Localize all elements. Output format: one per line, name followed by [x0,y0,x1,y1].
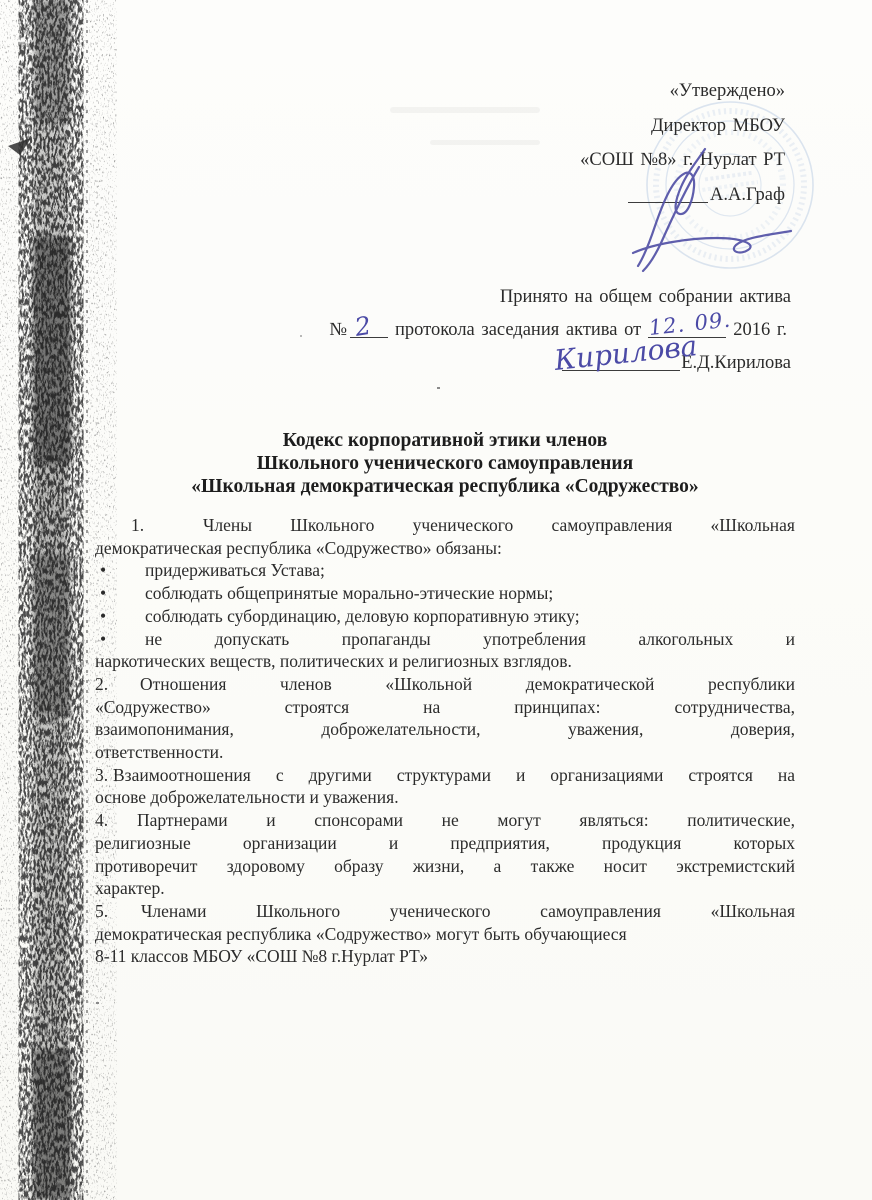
paragraph-line: «Содружество» строятся на принципах: сот… [95,696,795,719]
adoption-year: 2016 г. [733,320,787,340]
paragraph-line: противоречит здоровому образу жизни, а т… [95,855,795,878]
paragraph-line: наркотических веществ, политических и ре… [95,650,795,673]
protocol-number-blank: 2 [350,336,388,338]
bullet-marker: • [95,559,145,582]
paragraph-line: демократическая республика «Содружество»… [95,923,795,946]
paragraph-line: •не допускать пропаганды употребления ал… [95,628,795,651]
paragraph-2: 2.Отношения членов «Школьной демократиче… [95,673,795,764]
approval-signature-row: А.А.Граф [580,178,785,213]
director-name: А.А.Граф [710,185,785,205]
paragraph-number: 3. [95,764,113,787]
paragraph-line: 2.Отношения членов «Школьной демократиче… [95,673,795,696]
bullet-marker: • [95,628,145,651]
paragraph-number: 5. [95,900,141,923]
adoption-block: Принято на общем собрании актива №2прото… [329,281,791,380]
adoption-signature-row: КириловаЕ.Д.Кирилова [329,347,791,380]
paragraph-text: придерживаться Устава; [145,560,325,580]
handwritten-protocol-number: 2 [353,313,373,340]
paragraph-line: основе доброжелательности и уважения. [95,786,795,809]
paragraph-line: •соблюдать субординацию, деловую корпора… [95,605,795,628]
paragraph-number: 2. [95,673,140,696]
bullet-marker: • [95,605,145,628]
title-line-1: Кодекс корпоративной этики членов [95,429,795,452]
paragraph-3: 3.Взаимоотношения с другими структурами … [95,764,795,809]
adoption-line-2-text: протокола заседания актива от [395,320,641,340]
paragraph-text: Взаимоотношения с другими структурами и … [113,765,795,785]
approval-line-1: «Утверждено» [580,74,785,109]
paragraph-line: религиозные организации и предприятия, п… [95,832,795,855]
paragraph-text: соблюдать общепринятые морально-этически… [145,583,553,603]
approval-block: «Утверждено» Директор МБОУ «СОШ №8» г. Н… [580,74,785,212]
number-sign: № [329,320,347,340]
paragraph-text: Члены Школьного ученического самоуправле… [203,515,795,535]
paragraph-line: 4.Партнерами и спонсорами не могут являт… [95,809,795,832]
paragraph-line: взаимопонимания, доброжелательности, ува… [95,718,795,741]
signature-line [628,201,708,203]
paragraph-text: Членами Школьного ученического самоуправ… [141,901,795,921]
bullet-item-4: •не допускать пропаганды употребления ал… [95,628,795,673]
paragraph-line: 1.Члены Школьного ученического самоуправ… [95,514,795,537]
paragraph-5: 5.Членами Школьного ученического самоупр… [95,900,795,968]
adoption-line-2: №2протокола заседания актива от12. 09.20… [329,314,791,347]
paragraph-number: 1. [131,514,203,537]
pen-mark-icon [8,138,31,155]
signature-blank: Кирилова [562,369,680,371]
paragraph-line: 8-11 классов МБОУ «СОШ №8 г.Нурлат РТ» [95,945,795,968]
paragraph-line: 3.Взаимоотношения с другими структурами … [95,764,795,787]
paragraph-text: не допускать пропаганды употребления алк… [145,629,795,649]
paragraph-line: 5.Членами Школьного ученического самоупр… [95,900,795,923]
paragraph-line: ответственности. [95,741,795,764]
paragraph-line: демократическая республика «Содружество»… [95,537,795,560]
bullet-item-2: •соблюдать общепринятые морально-этическ… [95,582,795,605]
paragraph-text: Партнерами и спонсорами не могут являтьс… [137,810,795,830]
bullet-item-3: •соблюдать субординацию, деловую корпора… [95,605,795,628]
approval-line-3: «СОШ №8» г. Нурлат РТ [580,143,785,178]
bullet-marker: • [95,582,145,605]
document-title: Кодекс корпоративной этики членов Школьн… [95,429,795,498]
scan-smudges [390,107,540,145]
paragraph-line: •придерживаться Устава; [95,559,795,582]
bullet-item-1: •придерживаться Устава; [95,559,795,582]
paragraph-4: 4.Партнерами и спонсорами не могут являт… [95,809,795,900]
paragraph-text: Отношения членов «Школьной демократическ… [140,674,795,694]
scanned-document-page: «Утверждено» Директор МБОУ «СОШ №8» г. Н… [0,0,872,1200]
paragraph-line: характер. [95,877,795,900]
paragraph-line: •соблюдать общепринятые морально-этическ… [95,582,795,605]
approval-line-2: Директор МБОУ [580,109,785,144]
title-line-3: «Школьная демократическая республика «Со… [95,475,795,498]
title-line-2: Школьного ученического самоуправления [95,452,795,475]
document-body: 1.Члены Школьного ученического самоуправ… [95,514,795,968]
paragraph-number: 4. [95,809,137,832]
paragraph-1: 1.Члены Школьного ученического самоуправ… [95,514,795,559]
paragraph-text: соблюдать субординацию, деловую корпорат… [145,606,580,626]
